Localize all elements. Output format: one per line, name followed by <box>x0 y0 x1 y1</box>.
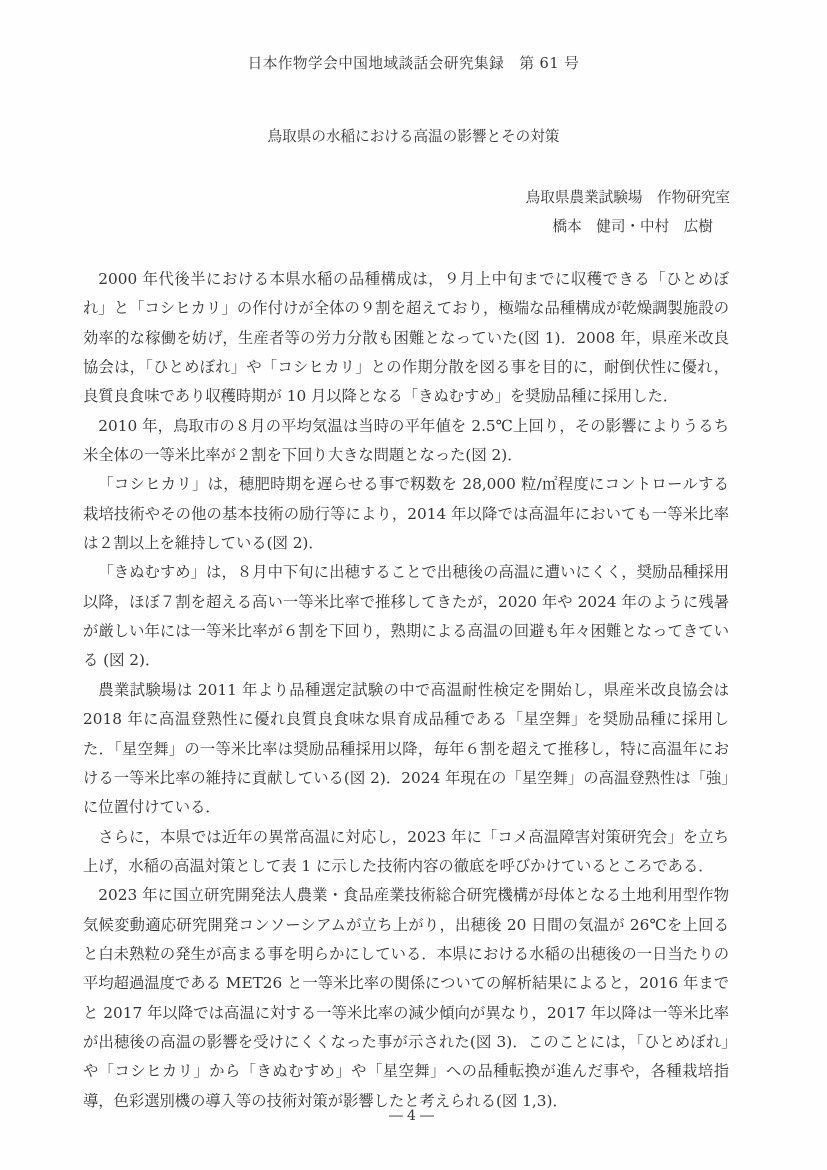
paragraph: 2000 年代後半における本県水稲の品種構成は，９月上中旬までに収穫できる「ひと… <box>83 265 729 412</box>
paragraph: 「コシヒカリ」は，穂肥時期を遅らせる事で籾数を 28,000 粒/㎡程度にコント… <box>83 470 729 558</box>
page-title: 鳥取県の水稲における高温の影響とその対策 <box>0 126 827 148</box>
document-page: 日本作物学会中国地域談話会研究集録 第 61 号 鳥取県の水稲における高温の影響… <box>0 0 827 1170</box>
paragraph: 農業試験場は 2011 年より品種選定試験の中で高温耐性検定を開始し，県産米改良… <box>83 676 729 823</box>
paragraph: 「きぬむすめ」は，８月中下旬に出穂することで出穂後の高温に遭いにくく，奨励品種採… <box>83 558 729 675</box>
paragraph: 2010 年，鳥取市の８月の平均気温は当時の平年値を 2.5℃上回り，その影響に… <box>83 412 729 471</box>
affiliation: 鳥取県農業試験場 作物研究室 <box>0 183 730 212</box>
journal-header: 日本作物学会中国地域談話会研究集録 第 61 号 <box>0 54 827 74</box>
paragraph: 2023 年に国立研究開発法人農業・食品産業技術総合研究機構が母体となる土地利用… <box>83 881 729 1116</box>
page-number: ―4― <box>0 1108 827 1124</box>
byline-block: 鳥取県農業試験場 作物研究室 橋本 健司・中村 広樹 <box>0 183 730 241</box>
paragraph: さらに，本県では近年の異常高温に対応し，2023 年に「コメ高温障害対策研究会」… <box>83 823 729 882</box>
body-text: 2000 年代後半における本県水稲の品種構成は，９月上中旬までに収穫できる「ひと… <box>83 265 729 1116</box>
authors: 橋本 健司・中村 広樹 <box>0 212 730 241</box>
